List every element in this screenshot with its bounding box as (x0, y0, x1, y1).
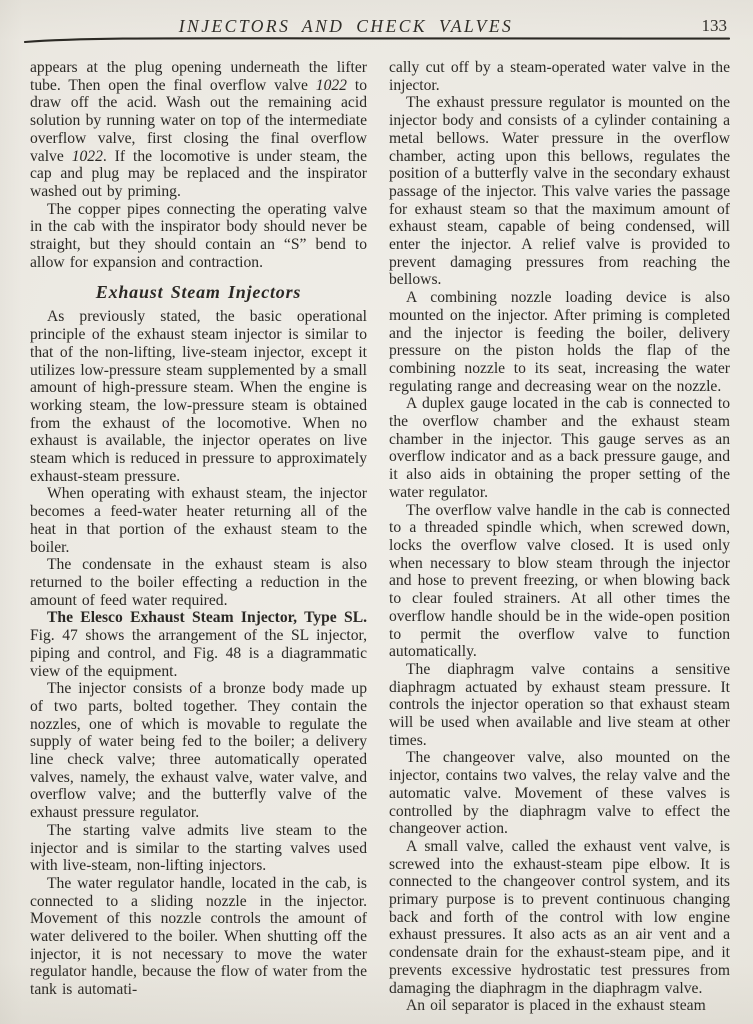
text-segment: The changeover valve, also mounted on th… (389, 749, 730, 837)
text-segment: The copper pipes connecting the operatin… (30, 201, 367, 271)
paragraph: The condensate in the exhaust steam is a… (30, 556, 367, 609)
paragraph: The changeover valve, also mounted on th… (389, 749, 730, 838)
paragraph: The water regulator handle, located in t… (30, 875, 367, 999)
text-segment: The exhaust pressure regulator is mounte… (389, 94, 730, 288)
text-segment: When operating with exhaust steam, the i… (30, 485, 367, 555)
running-title: INJECTORS AND CHECK VALVES (179, 16, 514, 36)
text-segment: A combining nozzle loading device is als… (389, 289, 730, 395)
text-column-right: cally cut off by a steam-operated water … (389, 59, 730, 1015)
text-segment: The condensate in the exhaust steam is a… (30, 556, 367, 608)
paragraph: A combining nozzle loading device is als… (389, 289, 730, 395)
text-column-left: appears at the plug opening underneath t… (30, 59, 367, 999)
text-segment: A duplex gauge located in the cab is con… (389, 395, 730, 501)
paragraph: An oil separator is placed in the exhaus… (389, 997, 730, 1015)
header-rule-line (24, 34, 730, 44)
text-segment: 1022 (316, 77, 347, 94)
paragraph: cally cut off by a steam-operated water … (389, 59, 730, 94)
paragraph: A small valve, called the exhaust vent v… (389, 838, 730, 997)
page-number: 133 (702, 16, 728, 36)
text-segment: cally cut off by a steam-operated water … (389, 59, 730, 94)
paragraph: The exhaust pressure regulator is mounte… (389, 94, 730, 289)
scanned-book-page: INJECTORS AND CHECK VALVES 133 appears a… (0, 0, 753, 1024)
paragraph: As previously stated, the basic operatio… (30, 308, 367, 485)
paragraph: appears at the plug opening underneath t… (30, 59, 367, 201)
text-segment: Fig. 47 shows the arrangement of the SL … (30, 627, 367, 679)
text-segment: The water regulator handle, located in t… (30, 875, 367, 998)
paragraph: The diaphragm valve contains a sensitive… (389, 661, 730, 750)
text-segment: 1022 (72, 148, 103, 165)
text-segment: A small valve, called the exhaust vent v… (389, 838, 730, 997)
paragraph: The Elesco Exhaust Steam Injector, Type … (30, 609, 367, 680)
text-segment: The Elesco Exhaust Steam Injector, Type … (47, 609, 367, 626)
section-heading: Exhaust Steam Injectors (30, 281, 367, 303)
paragraph: The copper pipes connecting the operatin… (30, 201, 367, 272)
text-segment: The injector consists of a bronze body m… (30, 680, 367, 821)
text-segment: The diaphragm valve contains a sensitive… (389, 661, 730, 749)
text-segment: The overflow valve handle in the cab is … (389, 502, 730, 661)
paragraph: When operating with exhaust steam, the i… (30, 485, 367, 556)
text-segment: An oil separator is placed in the exhaus… (406, 997, 706, 1014)
text-segment: The starting valve admits live steam to … (30, 822, 367, 874)
paragraph: A duplex gauge located in the cab is con… (389, 395, 730, 501)
paragraph: The starting valve admits live steam to … (30, 822, 367, 875)
paragraph: The overflow valve handle in the cab is … (389, 502, 730, 661)
text-segment: As previously stated, the basic operatio… (30, 308, 367, 484)
paragraph: The injector consists of a bronze body m… (30, 680, 367, 822)
